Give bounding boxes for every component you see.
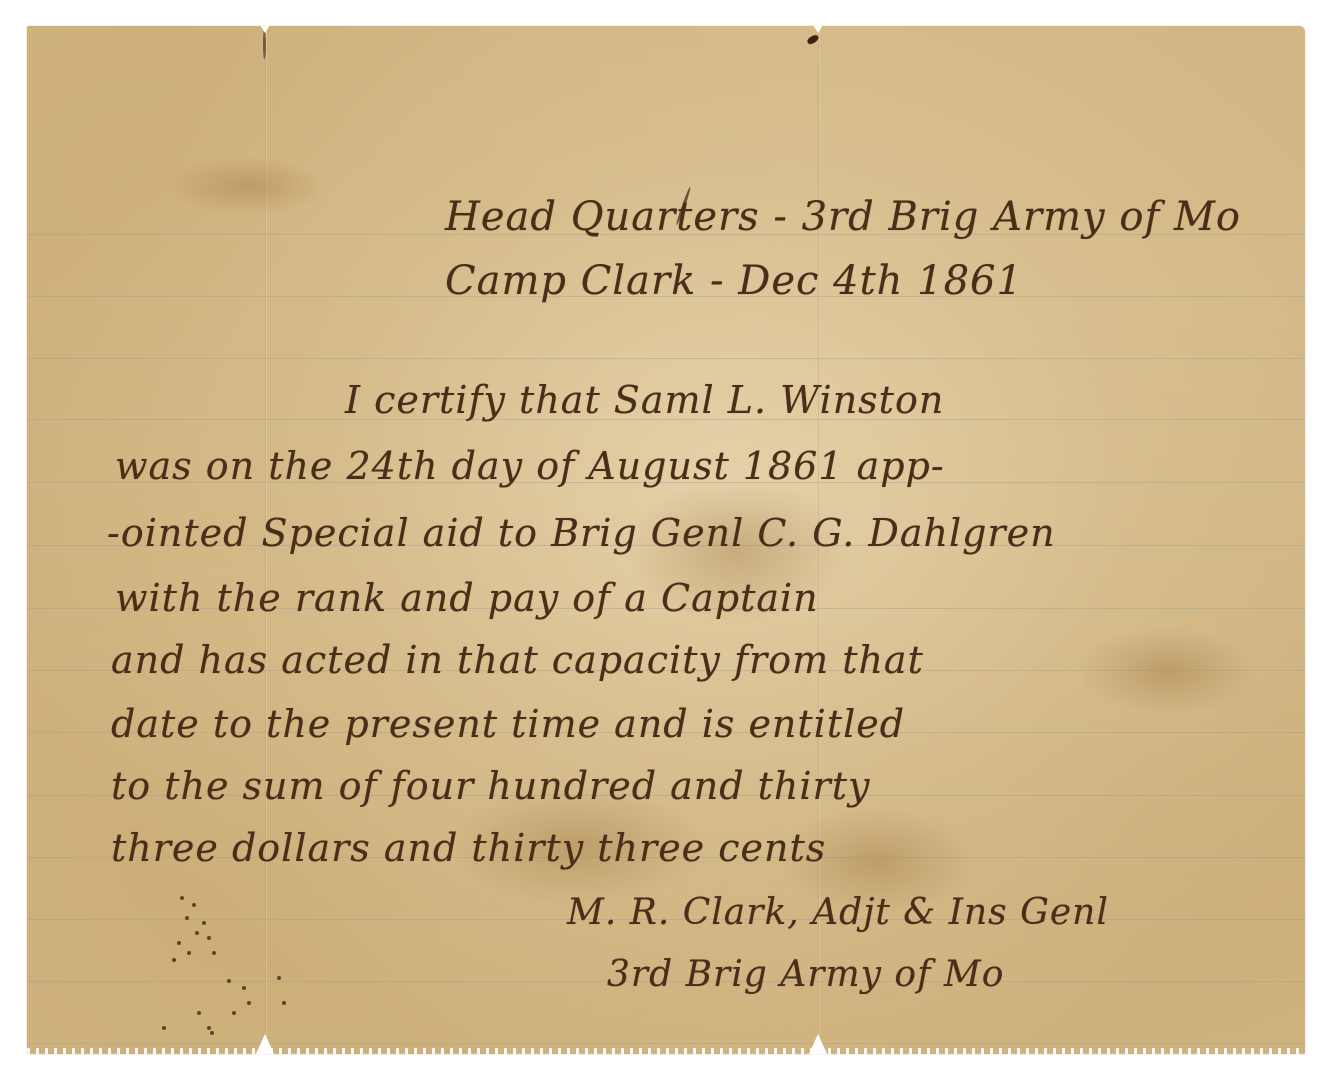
foxing-speck [185, 916, 189, 920]
foxing-speck [180, 896, 184, 900]
foxing-speck [247, 1001, 251, 1005]
top-edge-notch [260, 26, 270, 33]
foxing-speck [172, 958, 176, 962]
foxing-speck [177, 941, 181, 945]
foxing-speck [232, 1011, 236, 1015]
bottom-edge-notch [255, 1034, 275, 1054]
foxing-speck [195, 931, 199, 935]
foxing-speck [162, 1026, 166, 1030]
stain [1077, 626, 1257, 716]
body-line-7: to the sum of four hundred and thirty [111, 764, 870, 808]
torn-bottom-edge [27, 1048, 1305, 1054]
ink-blot [263, 31, 266, 59]
foxing-speck [227, 979, 231, 983]
signature-name: M. R. Clark, Adjt & Ins Genl [567, 892, 1109, 933]
body-line-8: three dollars and thirty three cents [111, 826, 826, 870]
foxing-speck [207, 936, 211, 940]
foxing-speck [210, 1031, 214, 1035]
body-line-4: with the rank and pay of a Captain [115, 576, 819, 620]
body-line-1: I certify that Saml L. Winston [345, 378, 944, 422]
stain [167, 156, 327, 216]
body-line-6: date to the present time and is entitled [111, 702, 905, 746]
ruled-line [27, 1043, 1305, 1044]
heading-line-2: Camp Clark - Dec 4th 1861 [445, 258, 1023, 304]
foxing-speck [212, 951, 216, 955]
foxing-speck [277, 976, 281, 980]
foxing-speck [202, 921, 206, 925]
bottom-edge-notch [808, 1034, 828, 1054]
body-line-2: was on the 24th day of August 1861 app- [115, 444, 945, 488]
heading-line-1: Head Quarters - 3rd Brig Army of Mo [445, 194, 1241, 240]
foxing-speck [187, 951, 191, 955]
foxing-speck [197, 1011, 201, 1015]
foxing-speck [207, 1026, 211, 1030]
foxing-speck [242, 986, 246, 990]
foxing-speck [192, 903, 196, 907]
body-line-3: -ointed Special aid to Brig Genl C. G. D… [107, 511, 1056, 555]
foxing-speck [282, 1001, 286, 1005]
ruled-line [27, 358, 1305, 359]
signature-unit: 3rd Brig Army of Mo [607, 954, 1004, 995]
letter-page: Head Quarters - 3rd Brig Army of Mo Camp… [27, 26, 1305, 1054]
top-edge-notch [813, 26, 823, 33]
body-line-5: and has acted in that capacity from that [111, 638, 924, 682]
